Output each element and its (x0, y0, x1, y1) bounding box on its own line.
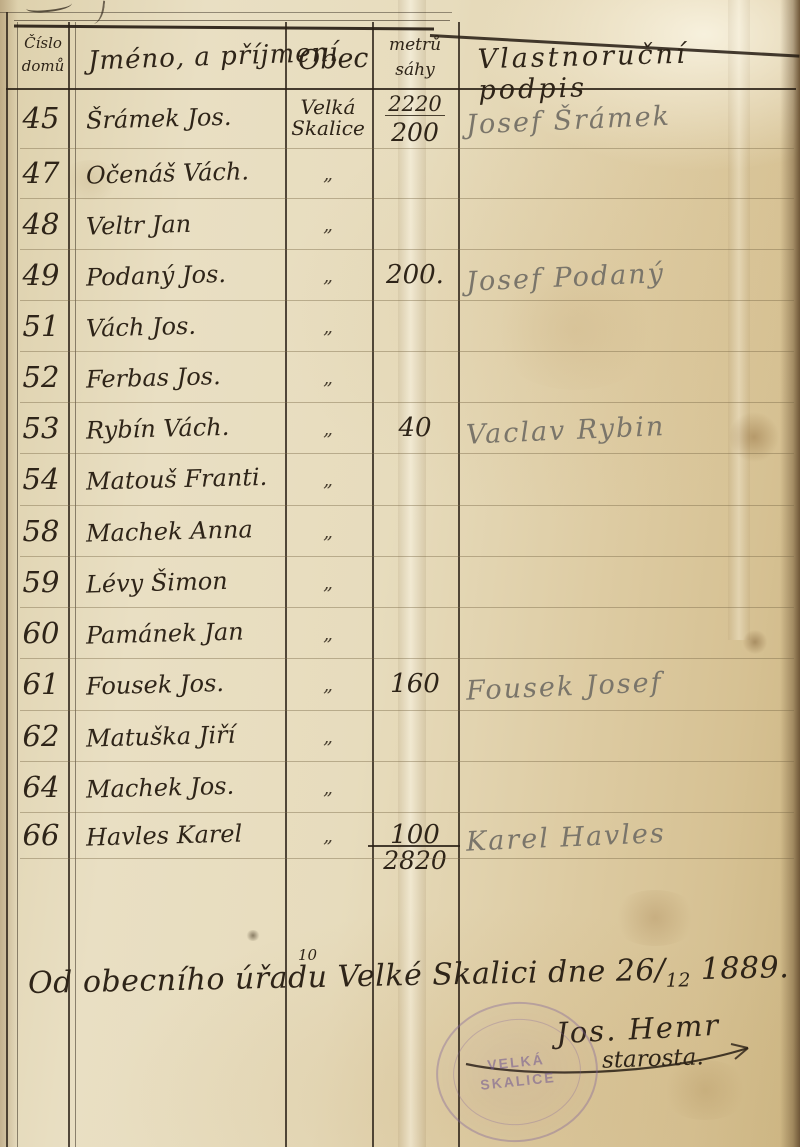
row-name: Matouš Franti. (86, 462, 285, 495)
row-name: Pamánek Jan (86, 616, 285, 649)
row-name: Machek Jos. (86, 770, 285, 803)
village-ditto-mark: „ (323, 418, 333, 440)
ledger-rule-line (20, 556, 794, 557)
ledger-rule-line (20, 249, 794, 250)
row-number: 51 (12, 309, 70, 343)
row-village: „ (286, 724, 370, 748)
village-ditto-mark: „ (323, 777, 333, 799)
row-village: „ (286, 212, 370, 236)
ledger-row: 58Machek Anna„ (0, 505, 800, 556)
header-number-line1: Číslo (24, 34, 62, 52)
village-ditto-mark: „ (323, 572, 333, 594)
row-village: „ (286, 621, 370, 645)
row-owner-signature: Vaclav Rybin (465, 405, 796, 450)
table-border-top (14, 25, 434, 31)
row-owner-signature: Fousek Josef (465, 661, 796, 706)
ledger-rule-line (20, 402, 794, 403)
ledger-row: 48Veltr Jan„ (0, 198, 800, 249)
row-name: Fousek Jos. (86, 667, 285, 700)
total-value: 2820 (372, 846, 458, 875)
row-village: „ (286, 365, 370, 389)
header-measure-column: metrů sáhy (374, 33, 456, 82)
row-name: Šrámek Jos. (86, 101, 285, 134)
row-name: Lévy Šimon (86, 565, 285, 598)
row-owner-signature: Karel Havles (465, 812, 796, 857)
row-name: Matuška Jiří (86, 719, 285, 752)
header-measure-line1: metrů (389, 35, 441, 55)
row-number: 58 (12, 514, 70, 548)
row-number: 53 (12, 411, 70, 445)
ledger-rule-line (20, 658, 794, 659)
row-measure-value: 160 (372, 669, 458, 699)
ledger-rule-line (20, 858, 794, 859)
header-number-column: Číslo domů (19, 32, 67, 77)
ledger-row: 64Machek Jos.„ (0, 761, 800, 812)
ledger-rule-line (20, 453, 794, 454)
header-number-line2: domů (22, 57, 65, 75)
ledger-rule-line (20, 351, 794, 352)
row-number: 60 (12, 616, 70, 650)
village-ditto-mark: „ (323, 163, 333, 185)
village-ditto-mark: „ (323, 316, 333, 338)
row-village: „ (286, 570, 370, 594)
row-name: Havles Karel (86, 818, 285, 851)
ledger-rule-line (20, 198, 794, 199)
table-border-top-thin (0, 12, 452, 13)
row-measure-value: 2220200 (372, 88, 458, 147)
ledger-row: 45Šrámek Jos.VelkáSkalice2220200Josef Šr… (0, 88, 800, 148)
header-measure-line2: sáhy (395, 60, 434, 80)
row-village: „ (286, 775, 370, 799)
measure-value-bottom: 200 (372, 118, 458, 147)
ledger-row: 61Fousek Jos.„160Fousek Josef (0, 658, 800, 710)
stain (610, 890, 700, 946)
row-village: VelkáSkalice (286, 97, 370, 139)
ledger-row: 59Lévy Šimon„ (0, 556, 800, 607)
stain (246, 930, 260, 941)
ledger-rule-line (20, 300, 794, 301)
row-village: „ (286, 416, 370, 440)
ledger-row: 60Pamánek Jan„ (0, 607, 800, 658)
issue-note-year: 1889. (690, 950, 789, 987)
row-village: „ (286, 519, 370, 543)
row-owner-signature: Josef Šrámek (465, 95, 796, 140)
table-border-top-thin (14, 20, 450, 21)
row-village: „ (286, 263, 370, 287)
stamp-text: VELKÁ SKALICE (477, 1049, 556, 1094)
village-line1: Velká (286, 97, 370, 118)
row-number: 59 (12, 565, 70, 599)
row-number: 47 (12, 156, 70, 190)
ledger-rule-line (20, 812, 794, 813)
row-village: „ (286, 314, 370, 338)
row-name: Podaný Jos. (86, 258, 285, 291)
village-ditto-mark: „ (323, 674, 333, 696)
row-name: Očenáš Vách. (86, 156, 285, 189)
village-ditto-mark: „ (323, 623, 333, 645)
issue-note-month: 12 (666, 969, 692, 992)
row-village: „ (286, 672, 370, 696)
row-name: Machek Anna (86, 514, 285, 547)
ledger-rule-line (20, 761, 794, 762)
ledger-row: 53Rybín Vách.„40Vaclav Rybin (0, 402, 800, 453)
row-village: „ (286, 467, 370, 491)
row-number: 48 (12, 207, 70, 241)
row-name: Veltr Jan (86, 207, 285, 240)
row-number: 49 (12, 258, 70, 292)
ledger-rule-line (20, 710, 794, 711)
row-owner-signature: Josef Podaný (465, 252, 796, 297)
measure-value-top: 2220 (385, 94, 444, 116)
ledger-row: 62Matuška Jiří„ (0, 710, 800, 761)
village-ditto-mark: „ (323, 726, 333, 748)
ledger-rule-line (20, 505, 794, 506)
ledger-rule-line (20, 148, 794, 149)
row-measure-value: 200. (372, 260, 458, 290)
ledger-row: 51Vách Jos.„ (0, 300, 800, 351)
ledger-page: Číslo domů Jméno, a příjmení Obec metrů … (0, 0, 800, 1147)
row-measure-value: 40 (372, 413, 458, 443)
row-village: „ (286, 161, 370, 185)
village-ditto-mark: „ (323, 214, 333, 236)
header-village-column: Obec (297, 43, 369, 76)
ledger-row: 52Ferbas Jos.„ (0, 351, 800, 402)
village-line2: Skalice (286, 118, 370, 139)
row-name: Ferbas Jos. (86, 360, 285, 393)
ledger-row: 49Podaný Jos.„200.Josef Podaný (0, 249, 800, 300)
row-number: 52 (12, 360, 70, 394)
row-number: 64 (12, 770, 70, 804)
row-number: 62 (12, 719, 70, 753)
issue-note-text: Od obecního úřadu Velké Skalici dne 26/ (28, 953, 666, 1001)
row-name: Rybín Vách. (86, 411, 285, 444)
ledger-rule-line (20, 607, 794, 608)
ledger-row: 47Očenáš Vách.„ (0, 148, 800, 198)
row-number: 66 (12, 818, 70, 852)
ledger-row: 54Matouš Franti.„ (0, 453, 800, 505)
village-ditto-mark: „ (323, 469, 333, 491)
village-ditto-mark: „ (323, 825, 333, 847)
village-ditto-mark: „ (323, 521, 333, 543)
issue-note-superscript: 10 (298, 946, 317, 964)
official-title: starosta. (602, 1044, 705, 1074)
village-ditto-mark: „ (323, 367, 333, 389)
row-village: „ (286, 823, 370, 847)
row-name: Vách Jos. (86, 309, 285, 342)
village-ditto-mark: „ (323, 265, 333, 287)
row-number: 61 (12, 667, 70, 701)
row-number: 45 (12, 101, 70, 135)
issue-note: Od obecního úřadu Velké Skalici dne 26/1… (28, 950, 799, 1005)
row-number: 54 (12, 462, 70, 496)
